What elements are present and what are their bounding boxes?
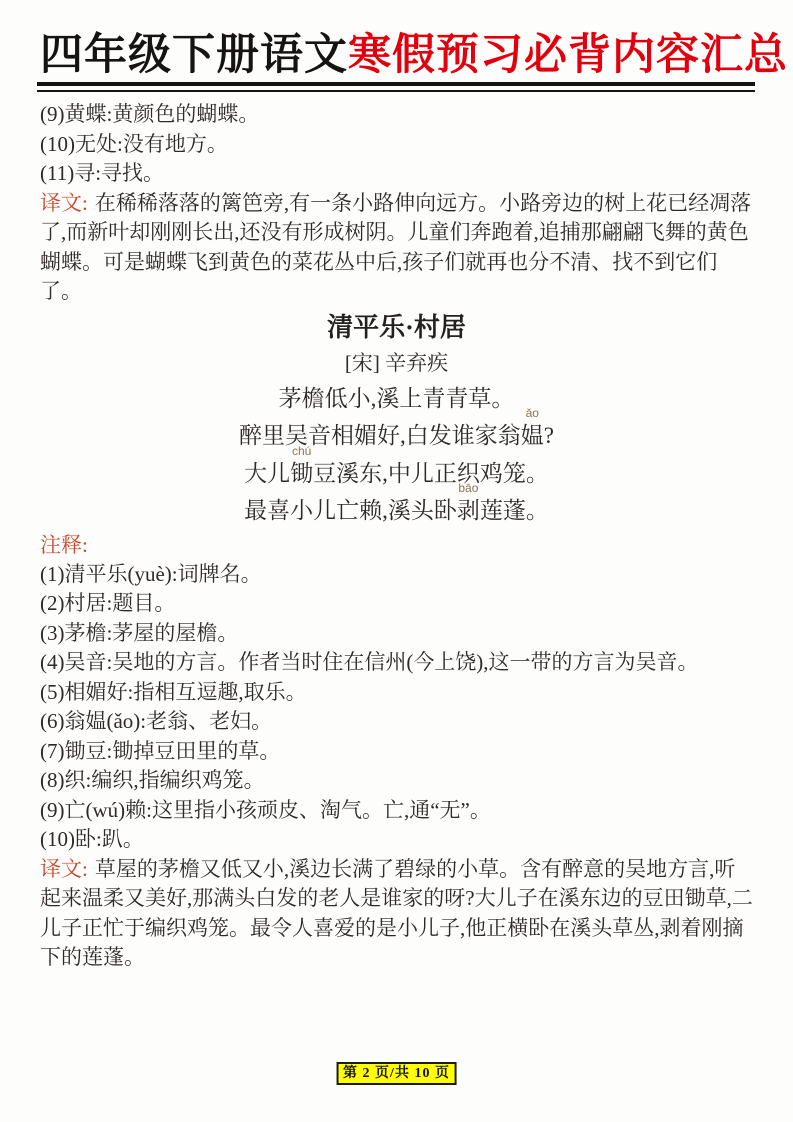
notes-section-label: 注释:	[40, 530, 753, 560]
annotated-char: ǎo媪	[521, 417, 544, 455]
annotated-char: bāo剥	[457, 492, 480, 530]
poem-line-text: 大儿	[244, 461, 290, 486]
pinyin-annotation: chú	[292, 445, 311, 457]
note-item: (2)村居:题目。	[40, 589, 753, 619]
translation-paragraph-2: 译文:草屋的茅檐又低又小,溪边长满了碧绿的小草。含有醉意的吴地方言,听起来温柔又…	[40, 855, 753, 973]
note-item: (5)相媚好:指相互逗趣,取乐。	[40, 678, 753, 708]
page-title-black-part: 四年级下册语文	[40, 32, 348, 79]
note-item: (9)黄蝶:黄颜色的蝴蝶。	[40, 100, 753, 130]
title-underline-rule	[37, 82, 755, 92]
base-char: 锄	[290, 461, 313, 486]
document-page: 四年级下册语文寒假预习必背内容汇总 (9)黄蝶:黄颜色的蝴蝶。 (10)无处:没…	[0, 0, 793, 1122]
poem-line: 醉里吴音相媚好,白发谁家翁ǎo媪?	[40, 417, 753, 455]
note-item: (3)茅檐:茅屋的屋檐。	[40, 619, 753, 649]
page-title-red-part: 寒假预习必背内容汇总	[348, 32, 788, 79]
poem-line: 大儿chú锄豆溪东,中儿正织鸡笼。	[40, 455, 753, 493]
translation-label: 译文:	[40, 191, 88, 215]
poem-line-text: ?	[544, 423, 554, 448]
poem-line-text: 豆溪东,中儿正织鸡笼。	[313, 461, 549, 486]
annotated-char: chú锄	[290, 455, 313, 493]
poem-line-text: 最喜小儿亡赖,溪头卧	[244, 498, 457, 523]
note-item: (10)无处:没有地方。	[40, 130, 753, 160]
poem-title: 清平乐·村居	[40, 309, 753, 346]
note-item: (11)寻:寻找。	[40, 159, 753, 189]
note-item: (6)翁媪(ǎo):老翁、老妇。	[40, 707, 753, 737]
base-char: 剥	[457, 498, 480, 523]
translation-paragraph-1: 译文:在稀稀落落的篱笆旁,有一条小路伸向远方。小路旁边的树上花已经凋落了,而新叶…	[40, 189, 753, 307]
note-item: (8)织:编织,指编织鸡笼。	[40, 766, 753, 796]
base-char: 媪	[521, 423, 544, 448]
poem-block: 清平乐·村居 [宋] 辛弃疾 茅檐低小,溪上青青草。 醉里吴音相媚好,白发谁家翁…	[40, 309, 753, 530]
pinyin-annotation: ǎo	[526, 407, 539, 419]
note-item: (10)卧:趴。	[40, 825, 753, 855]
note-item: (4)吴音:吴地的方言。作者当时住在信州(今上饶),这一带的方言为吴音。	[40, 648, 753, 678]
poem-line: 最喜小儿亡赖,溪头卧bāo剥莲蓬。	[40, 492, 753, 530]
poem-line-text: 莲蓬。	[480, 498, 549, 523]
poem-line-text: 茅檐低小,溪上青青草。	[279, 386, 515, 411]
pinyin-annotation: bāo	[458, 482, 478, 494]
translation-label: 译文:	[40, 857, 88, 881]
page-number-badge: 第 2 页/共 10 页	[336, 1062, 457, 1085]
page-content: 四年级下册语文寒假预习必背内容汇总 (9)黄蝶:黄颜色的蝴蝶。 (10)无处:没…	[0, 0, 793, 973]
note-item: (9)亡(wú)赖:这里指小孩顽皮、淘气。亡,通“无”。	[40, 796, 753, 826]
translation-text: 在稀稀落落的篱笆旁,有一条小路伸向远方。小路旁边的树上花已经凋落了,而新叶却刚刚…	[40, 191, 751, 304]
poem-author: [宋] 辛弃疾	[40, 346, 753, 380]
translation-text: 草屋的茅檐又低又小,溪边长满了碧绿的小草。含有醉意的吴地方言,听起来温柔又美好,…	[40, 857, 753, 970]
note-item: (1)清平乐(yuè):词牌名。	[40, 560, 753, 590]
note-item: (7)锄豆:锄掉豆田里的草。	[40, 737, 753, 767]
poem-line-text: 醉里吴音相媚好,白发谁家翁	[239, 423, 521, 448]
page-title: 四年级下册语文寒假预习必背内容汇总	[40, 30, 753, 82]
poem-line: 茅檐低小,溪上青青草。	[40, 380, 753, 418]
